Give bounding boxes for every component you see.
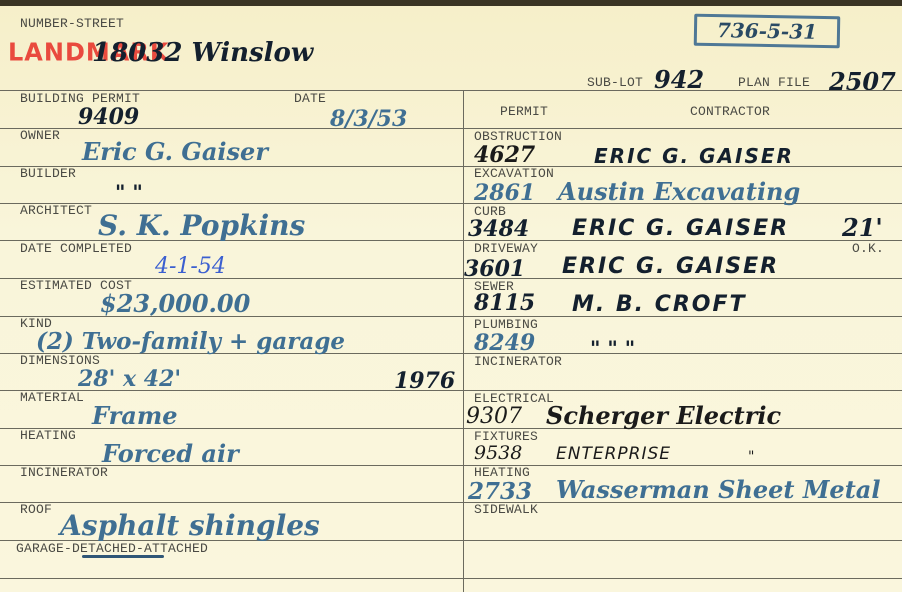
obstruction-contractor: ERIC G. GAISER: [594, 146, 794, 166]
box-number: 736-5-31: [694, 14, 841, 49]
fixtures-permit: 9538: [474, 444, 522, 463]
excavation-label: EXCAVATION: [474, 167, 554, 180]
electrical-contractor: Scherger Electric: [546, 404, 781, 428]
fixtures-note: ": [748, 450, 754, 464]
date-completed-label: DATE COMPLETED: [20, 242, 132, 255]
obstruction-permit: 4627: [474, 144, 535, 166]
incinerator-label-left: INCINERATOR: [20, 466, 108, 479]
dimensions-extra: 1976: [394, 370, 455, 392]
kind-value: (2) Two-family + garage: [36, 330, 345, 353]
plumbing-contractor: " " ": [590, 338, 635, 358]
sewer-contractor: M. B. CROFT: [572, 294, 747, 316]
material-label: MATERIAL: [20, 391, 84, 404]
date-completed-value: 4-1-54: [155, 256, 226, 278]
driveway-contractor: ERIC G. GAISER: [562, 256, 779, 278]
estimated-cost-value: $23,000.00: [100, 292, 250, 316]
detached-underline: [82, 555, 164, 558]
sub-lot-value: 942: [654, 68, 704, 92]
owner-label: OWNER: [20, 129, 60, 142]
plan-file-label: PLAN FILE: [738, 76, 810, 89]
number-street-value: 18032 Winslow: [92, 40, 313, 66]
heating-label: HEATING: [20, 429, 76, 442]
dimensions-value: 28' x 42': [78, 368, 181, 390]
column-divider: [463, 90, 464, 592]
heating-value: Forced air: [102, 442, 239, 466]
plumbing-permit: 8249: [474, 332, 535, 354]
sidewalk-label: SIDEWALK: [474, 503, 538, 516]
number-street-label: NUMBER-STREET: [20, 17, 124, 30]
permit-card: NUMBER-STREET LANDMARK 18032 Winslow 736…: [0, 0, 902, 592]
material-value: Frame: [92, 404, 177, 428]
building-permit-value: 9409: [78, 106, 139, 128]
rule-line: [0, 578, 902, 579]
date-value: 8/3/53: [330, 108, 407, 130]
driveway-permit: 3601: [464, 258, 525, 280]
driveway-label: DRIVEWAY: [474, 242, 538, 255]
contractor-header: CONTRACTOR: [690, 105, 770, 118]
curb-contractor: ERIC G. GAISER: [572, 218, 789, 240]
owner-value: Eric G. Gaiser: [82, 140, 268, 164]
date-label: DATE: [294, 92, 326, 105]
excavation-contractor: Austin Excavating: [558, 180, 800, 204]
architect-value: S. K. Popkins: [98, 212, 305, 240]
incinerator-label-right: INCINERATOR: [474, 355, 562, 368]
curb-note: 21': [842, 216, 883, 240]
architect-label: ARCHITECT: [20, 204, 92, 217]
sub-lot-label: SUB-LOT: [587, 76, 643, 89]
excavation-permit: 2861: [474, 182, 535, 204]
heating-contractor: Wasserman Sheet Metal: [556, 478, 880, 502]
roof-label: ROOF: [20, 503, 52, 516]
driveway-note: O.K.: [852, 242, 884, 255]
fixtures-contractor: ENTERPRISE: [556, 446, 671, 463]
sewer-permit: 8115: [474, 292, 535, 314]
permit-header: PERMIT: [500, 105, 548, 118]
curb-permit: 3484: [468, 218, 529, 240]
heating-permit: 2733: [468, 480, 532, 503]
builder-label: BUILDER: [20, 167, 76, 180]
roof-value: Asphalt shingles: [60, 512, 320, 540]
builder-value: " ": [115, 182, 143, 202]
garage-label: GARAGE-DETACHED-ATTACHED: [16, 542, 208, 555]
electrical-permit: 9307: [466, 406, 522, 428]
